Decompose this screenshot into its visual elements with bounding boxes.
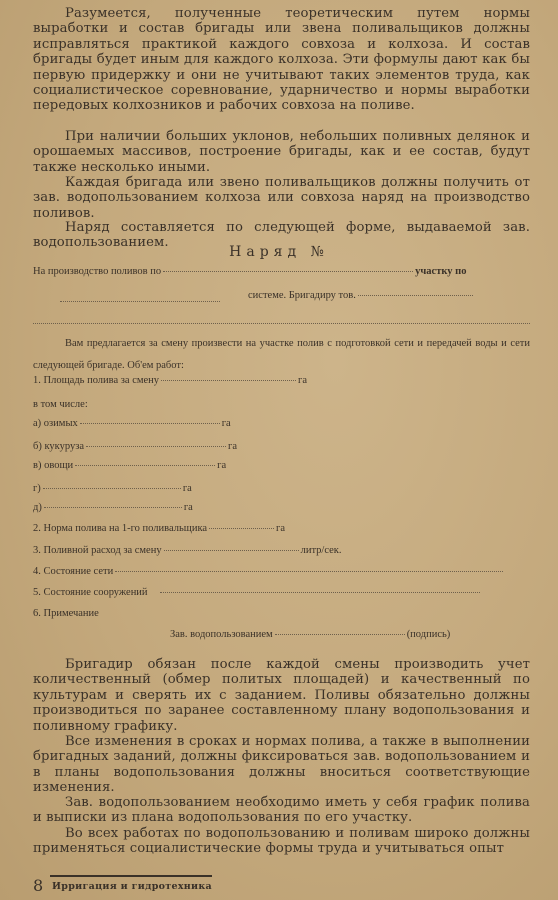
- paragraph-socialist-labour: Во всех работах по водопользованию и пол…: [33, 826, 530, 857]
- label: На производство поливов по: [33, 266, 161, 277]
- form-signature: Зав. водопользованием(подпись): [170, 629, 450, 640]
- blank-field: [163, 270, 413, 272]
- form-item-1: 1. Площадь полива за сменуга: [33, 375, 307, 386]
- label: системе. Бригадиру тов.: [248, 290, 356, 301]
- form-line-2: системе. Бригадиру тов.: [248, 290, 475, 301]
- form-sub-item-b: б) кукурузага: [33, 441, 237, 452]
- footer-rule: [50, 875, 212, 877]
- form-including: в том числе:: [33, 399, 88, 410]
- form-item-2: 2. Норма полива на 1-го поливальщикага: [33, 523, 285, 534]
- form-sub-item-c: в) овощига: [33, 460, 226, 471]
- blank-field: [33, 323, 530, 324]
- document-page: Разумеется, полученные теоретическим пут…: [0, 0, 558, 900]
- form-item-5: 5. Состояние сооружений: [33, 587, 482, 598]
- form-sub-item-d: г)га: [33, 483, 192, 494]
- label: участку по: [415, 266, 466, 277]
- form-item-6: 6. Примечание: [33, 608, 99, 619]
- journal-title: Ирригация и гидротехника: [52, 881, 212, 892]
- paragraph-brigade-order: Каждая бригада или звено поливальщиков д…: [33, 175, 530, 221]
- form-sub-item-e: д)га: [33, 502, 193, 513]
- form-line-1: На производство поливов по участку по: [33, 266, 466, 277]
- form-item-4: 4. Состояние сети: [33, 566, 505, 577]
- paragraph-norms: Разумеется, полученные теоретическим пут…: [33, 6, 530, 114]
- paragraph-schedule: Зав. водопользованием необходимо иметь у…: [33, 795, 530, 826]
- form-intro-text: Вам предлагается за смену произвести на …: [33, 333, 530, 377]
- paragraph-brigadier-duty: Бригадир обязан после каждой смены произ…: [33, 657, 530, 734]
- page-number: 8: [33, 876, 43, 895]
- form-title: Наряд №: [0, 244, 558, 260]
- blank-field: [60, 301, 220, 302]
- paragraph-changes: Все изменения в сроках и нормах полива, …: [33, 734, 530, 796]
- form-sub-item-a: а) озимыхга: [33, 418, 231, 429]
- paragraph-slopes: При наличии больших уклонов, небольших п…: [33, 129, 530, 175]
- blank-field: [358, 294, 473, 296]
- form-item-3: 3. Поливной расход за сменулитр/сек.: [33, 545, 342, 556]
